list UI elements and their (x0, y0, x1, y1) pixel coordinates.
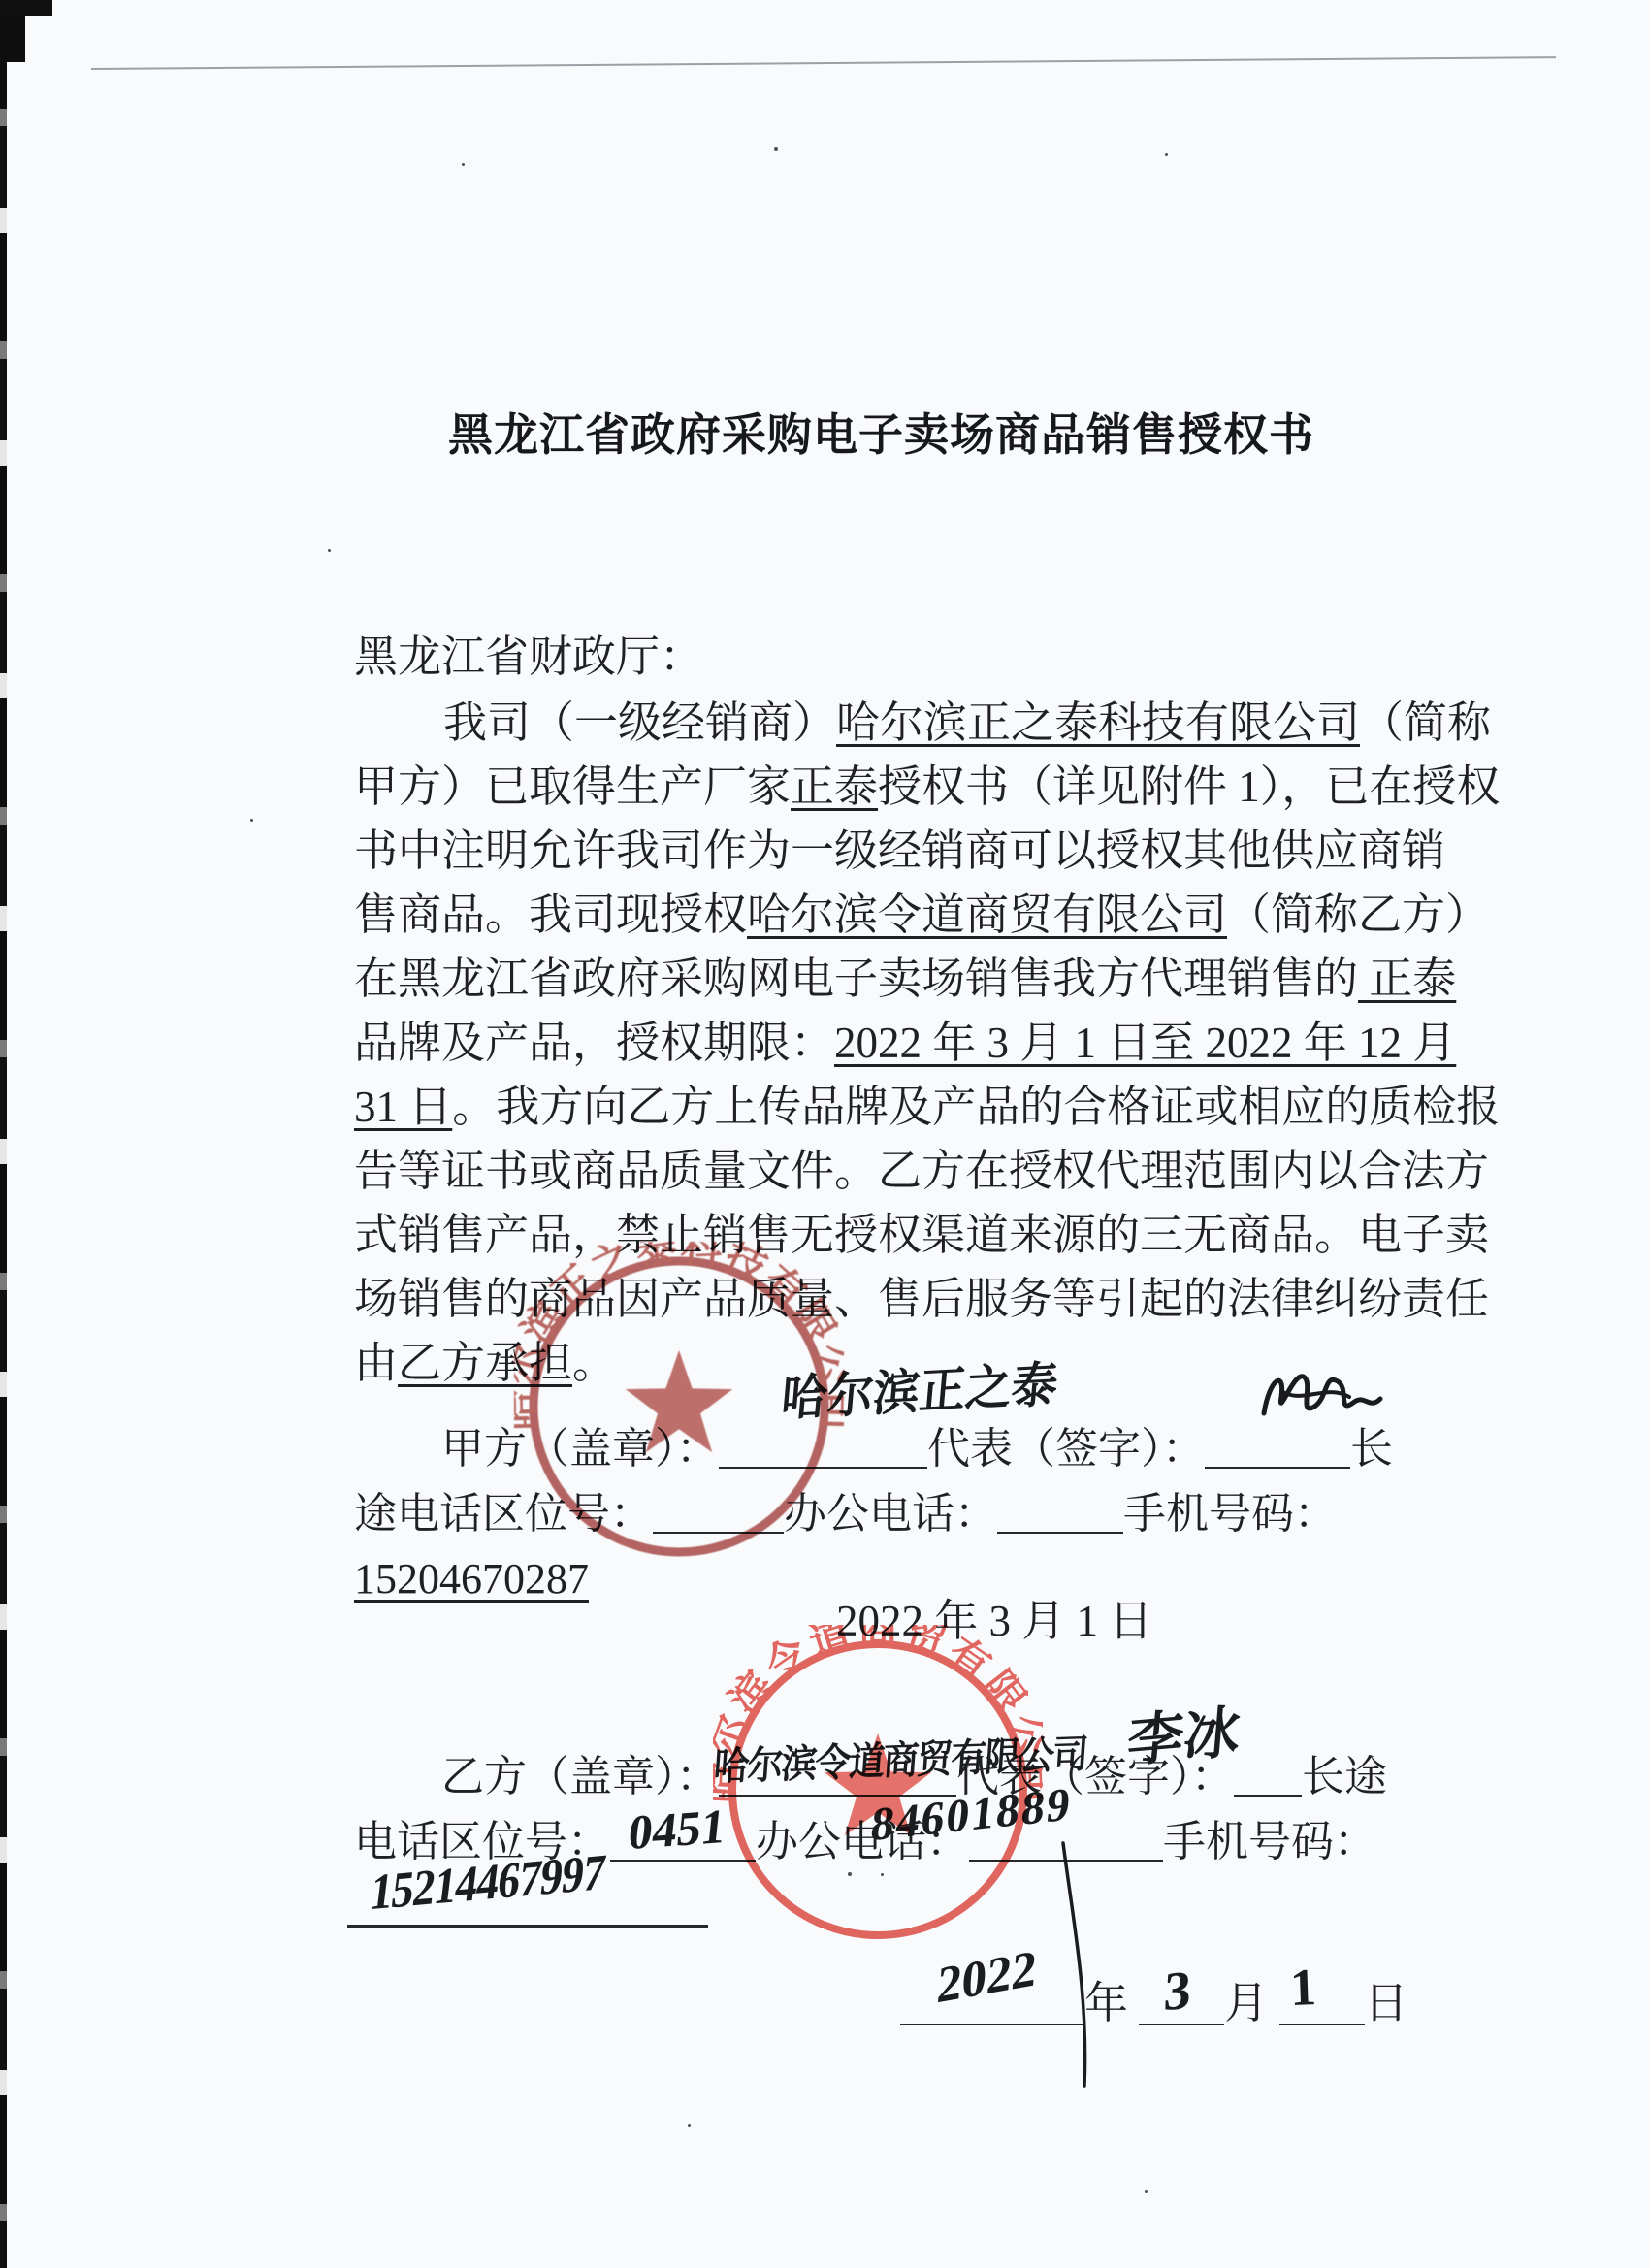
text-run: 长途 (1302, 1753, 1387, 1800)
party-b-pen-tail-stroke (1055, 1841, 1102, 2093)
body-line: 31 日。我方向乙方上传品牌及产品的合格证或相应的质检报 (354, 1075, 1355, 1139)
scan-speck (462, 163, 465, 166)
scanned-document-page: 黑龙江省政府采购电子卖场商品销售授权书 黑龙江省财政厅： 我司（一级经销商）哈尔… (0, 0, 1649, 2268)
text-run: 品牌及产品，授权期限： (354, 1019, 834, 1067)
text-run: （简称乙方） (1227, 891, 1489, 939)
seal-star-icon (824, 1733, 931, 1835)
seal-star-icon (626, 1350, 732, 1452)
scan-speck (688, 2124, 691, 2127)
text-run: 在黑龙江省政府采购网电子卖场销售我方代理销售的 (354, 955, 1358, 1003)
party-a-signature-scribble (1256, 1360, 1387, 1436)
scan-speck (774, 147, 778, 151)
text-run: 正泰 (791, 762, 878, 811)
scan-speck (1165, 153, 1168, 156)
text-run: 哈尔滨正之泰科技有限公司 (836, 698, 1360, 747)
document-title: 黑龙江省政府采购电子卖场商品销售授权书 (448, 400, 1314, 464)
handwriting-date-month: 3 (1162, 1959, 1192, 2024)
scan-speck (250, 819, 253, 822)
text-run: 31 日 (354, 1083, 452, 1131)
handwriting-date-day: 1 (1289, 1957, 1317, 2018)
body-line: 品牌及产品，授权期限：2022 年 3 月 1 日至 2022 年 12 月 (354, 1011, 1355, 1075)
day-label: 日 (1365, 1979, 1408, 2027)
body-paragraph: 我司（一级经销商）哈尔滨正之泰科技有限公司（简称甲方）已取得生产厂家正泰授权书（… (354, 691, 1355, 1395)
party-a-company-seal: 哈尔滨正之泰科技有限公司 (514, 1242, 844, 1571)
text-run: 告等证书或商品质量文件。乙方在授权代理范围内以合法方 (354, 1147, 1489, 1195)
text-run: 。我方向乙方上传品牌及产品的合格证或相应的质检报 (452, 1083, 1500, 1131)
text-run: （简称 (1360, 698, 1491, 747)
text-run: 乙方（盖章）： (441, 1753, 719, 1800)
text-run: 售商品。我司现授权 (354, 891, 747, 939)
handwriting-party-b-signature: 李冰 (1124, 1685, 1244, 1777)
scan-corner-mark (0, 0, 52, 16)
party-a-stamp-signature-line: 甲方（盖章）：代表（签字）：长 (354, 1416, 1393, 1481)
scan-edge-strip (0, 0, 7, 2268)
blank-underline (997, 1493, 1123, 1534)
body-line: 售商品。我司现授权哈尔滨令道商贸有限公司（简称乙方） (354, 883, 1355, 947)
text-run: 哈尔滨令道商贸有限公司 (747, 891, 1227, 939)
salutation: 黑龙江省财政厅： (354, 621, 703, 684)
body-line: 在黑龙江省政府采购网电子卖场销售我方代理销售的 正泰 (354, 947, 1355, 1011)
text-run: 由 (354, 1339, 398, 1387)
text-run: 我司（一级经销商） (443, 698, 836, 747)
body-line: 告等证书或商品质量文件。乙方在授权代理范围内以合法方 (354, 1139, 1355, 1203)
party-a-section: 甲方（盖章）：代表（签字）：长 途电话区位号：办公电话：手机号码： 152046… (354, 1416, 1393, 1611)
body-line: 式销售产品，禁止销售无授权渠道来源的三无商品。电子卖 (354, 1203, 1355, 1267)
body-line: 我司（一级经销商）哈尔滨正之泰科技有限公司（简称 (354, 691, 1355, 755)
text-run: 手机号码： (1123, 1490, 1337, 1538)
body-line: 甲方）已取得生产厂家正泰授权书（详见附件 1），已在授权 (354, 755, 1355, 819)
text-run: 书中注明允许我司作为一级经销商可以授权其他供应商销 (354, 826, 1445, 875)
text-run: 手机号码： (1163, 1818, 1376, 1865)
party-b-mobile-blank-underline (347, 1925, 708, 1928)
scan-speck (1145, 2190, 1148, 2193)
text-run: 2022 年 3 月 1 日至 2022 年 12 月 (834, 1019, 1456, 1067)
body-line: 书中注明允许我司作为一级经销商可以授权其他供应商销 (354, 819, 1355, 883)
text-run: 授权书（详见附件 1），已在授权 (878, 762, 1500, 811)
party-a-phone-line: 途电话区位号：办公电话：手机号码： (354, 1481, 1393, 1546)
text-run: 代表（签字）： (927, 1425, 1205, 1473)
blank-underline (1234, 1756, 1302, 1797)
party-b-company-seal: 哈尔滨令道商贸有限公司 (713, 1625, 1043, 1955)
scan-speck (328, 549, 331, 552)
text-run: 正泰 (1358, 955, 1456, 1003)
month-label: 月 (1224, 1979, 1268, 2027)
body-line: 场销售的商品因产品质量、售后服务等引起的法律纠纷责任 (354, 1267, 1355, 1331)
text-run: 甲方）已取得生产厂家 (354, 762, 791, 811)
scan-paper-edge-line (91, 56, 1556, 70)
